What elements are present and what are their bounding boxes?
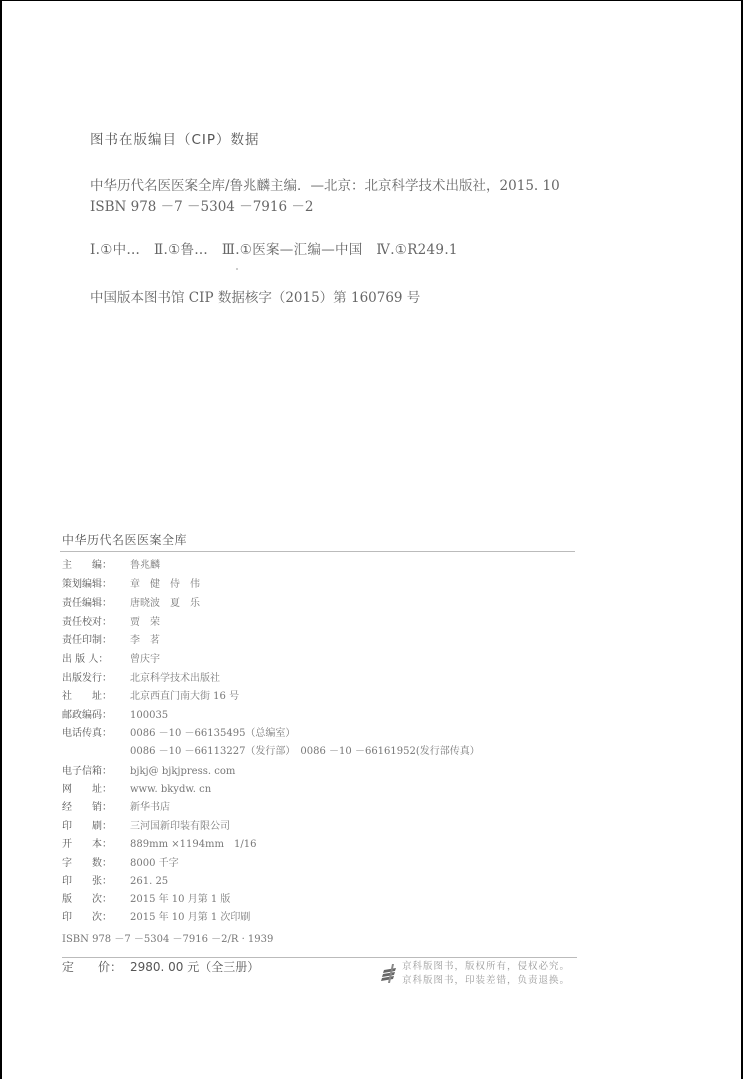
row-value: 章 健 侍 伟 [130,578,200,592]
row-label: 版 次： [62,893,130,907]
row-postcode: 邮政编码：100035 [62,709,168,723]
row-label: 电子信箱： [62,765,130,779]
row-label: 社 址： [62,690,130,704]
cip-heading-block: 图书在版编目（CIP）数据 [90,128,260,148]
row-value: www. bkydw. cn [130,783,211,797]
row-value: 李 茗 [130,634,160,648]
row-chief-editor: 主 编：鲁兆麟 [62,559,160,573]
row-phone-fax-continued: 0086 －10 －66113227（发行部） 0086 －10 －661619… [62,745,480,759]
row-label: 责任印制： [62,634,130,648]
price-row: 定 价：2980. 00 元（全三册） [62,958,259,975]
colophon-isbn: ISBN 978 －7 －5304 －7916 －2/R · 1939 [62,930,273,945]
row-word-count: 字 数：8000 千字 [62,857,179,871]
row-printer: 印 刷：三河国新印装有限公司 [62,820,230,834]
row-value: 曾庆宇 [130,653,160,667]
row-value: 北京西直门南大街 16 号 [130,690,239,704]
cip-record-number: 中国版本图书馆 CIP 数据核字（2015）第 160769 号 [90,286,420,306]
row-value: 唐晓波 夏 乐 [130,597,200,611]
row-label: 字 数： [62,857,130,871]
row-value: 0086 －10 －66113227（发行部） 0086 －10 －661619… [130,745,480,759]
cip-isbn-line: ISBN 978 －7 －5304 －7916 －2 [90,195,313,215]
row-label: 开 本： [62,838,130,852]
cip-heading: 图书在版编目（CIP）数据 [90,128,260,148]
row-value: 100035 [130,709,168,723]
row-value: 889mm ×1194mm 1/16 [130,838,256,852]
row-value: 三河国新印装有限公司 [130,820,230,834]
price-label: 定 价： [62,958,130,975]
row-value: 8000 千字 [130,857,179,871]
row-value: 贾 荣 [130,616,160,630]
row-label: 印 张： [62,875,130,889]
row-label: 责任编辑： [62,597,130,611]
row-label: 邮政编码： [62,709,130,723]
row-distributor: 经 销：新华书店 [62,801,170,815]
row-value: bjkj@ bjkjpress. com [130,765,235,779]
row-label: 出 版 人： [62,653,130,667]
row-label: 网 址： [62,783,130,797]
row-format: 开 本：889mm ×1194mm 1/16 [62,838,256,852]
row-label: 出版发行： [62,672,130,686]
row-value: 261. 25 [130,875,168,889]
notice-line-returns: 京科版图书，印装差错，负责退换。 [402,974,570,988]
row-label: 经 销： [62,801,130,815]
row-value: 北京科学技术出版社 [130,672,220,686]
row-publisher-person: 出 版 人：曾庆宇 [62,653,160,667]
row-responsible-editor: 责任编辑：唐晓波 夏 乐 [62,597,200,611]
row-label: 责任校对： [62,616,130,630]
row-value: 2015 年 10 月第 1 次印刷 [130,911,250,925]
cip-classification-line: Ⅰ.①中… Ⅱ.①鲁… Ⅲ.①医案—汇编—中国 Ⅳ.①R249.1 [90,238,458,258]
row-proofreader: 责任校对：贾 荣 [62,616,160,630]
publisher-logo-icon [380,962,400,984]
row-value: 2015 年 10 月第 1 版 [130,893,230,907]
divider-top [60,551,575,552]
row-website: 网 址：www. bkydw. cn [62,783,211,797]
row-publisher: 出版发行：北京科学技术出版社 [62,672,220,686]
row-phone-fax: 电话传真：0086 －10 －66135495（总编室） [62,727,295,741]
print-speck [236,268,238,270]
row-label: 主 编： [62,559,130,573]
row-label: 印 刷： [62,820,130,834]
colophon-title: 中华历代名医医案全库 [62,531,187,548]
row-value: 新华书店 [130,801,170,815]
cip-title-line: 中华历代名医医案全库/鲁兆麟主编．—北京：北京科学技术出版社，2015. 10 [90,174,560,194]
row-value: 0086 －10 －66135495（总编室） [130,727,295,741]
row-label: 策划编辑： [62,578,130,592]
row-planning-editor: 策划编辑：章 健 侍 伟 [62,578,200,592]
row-print-supervisor: 责任印制：李 茗 [62,634,160,648]
notice-line-copyright: 京科版图书，版权所有，侵权必究。 [402,960,570,974]
row-address: 社 址：北京西直门南大街 16 号 [62,690,239,704]
row-printed-sheets: 印 张：261. 25 [62,875,168,889]
row-label: 印 次： [62,911,130,925]
row-email: 电子信箱：bjkj@ bjkjpress. com [62,765,235,779]
row-value: 鲁兆麟 [130,559,160,573]
row-edition: 版 次：2015 年 10 月第 1 版 [62,893,230,907]
row-impression: 印 次：2015 年 10 月第 1 次印刷 [62,911,250,925]
price-value: 2980. 00 元（全三册） [130,960,259,974]
notice-text: 京科版图书，版权所有，侵权必究。 京科版图书，印装差错，负责退换。 [402,960,570,988]
row-label: 电话传真： [62,727,130,741]
